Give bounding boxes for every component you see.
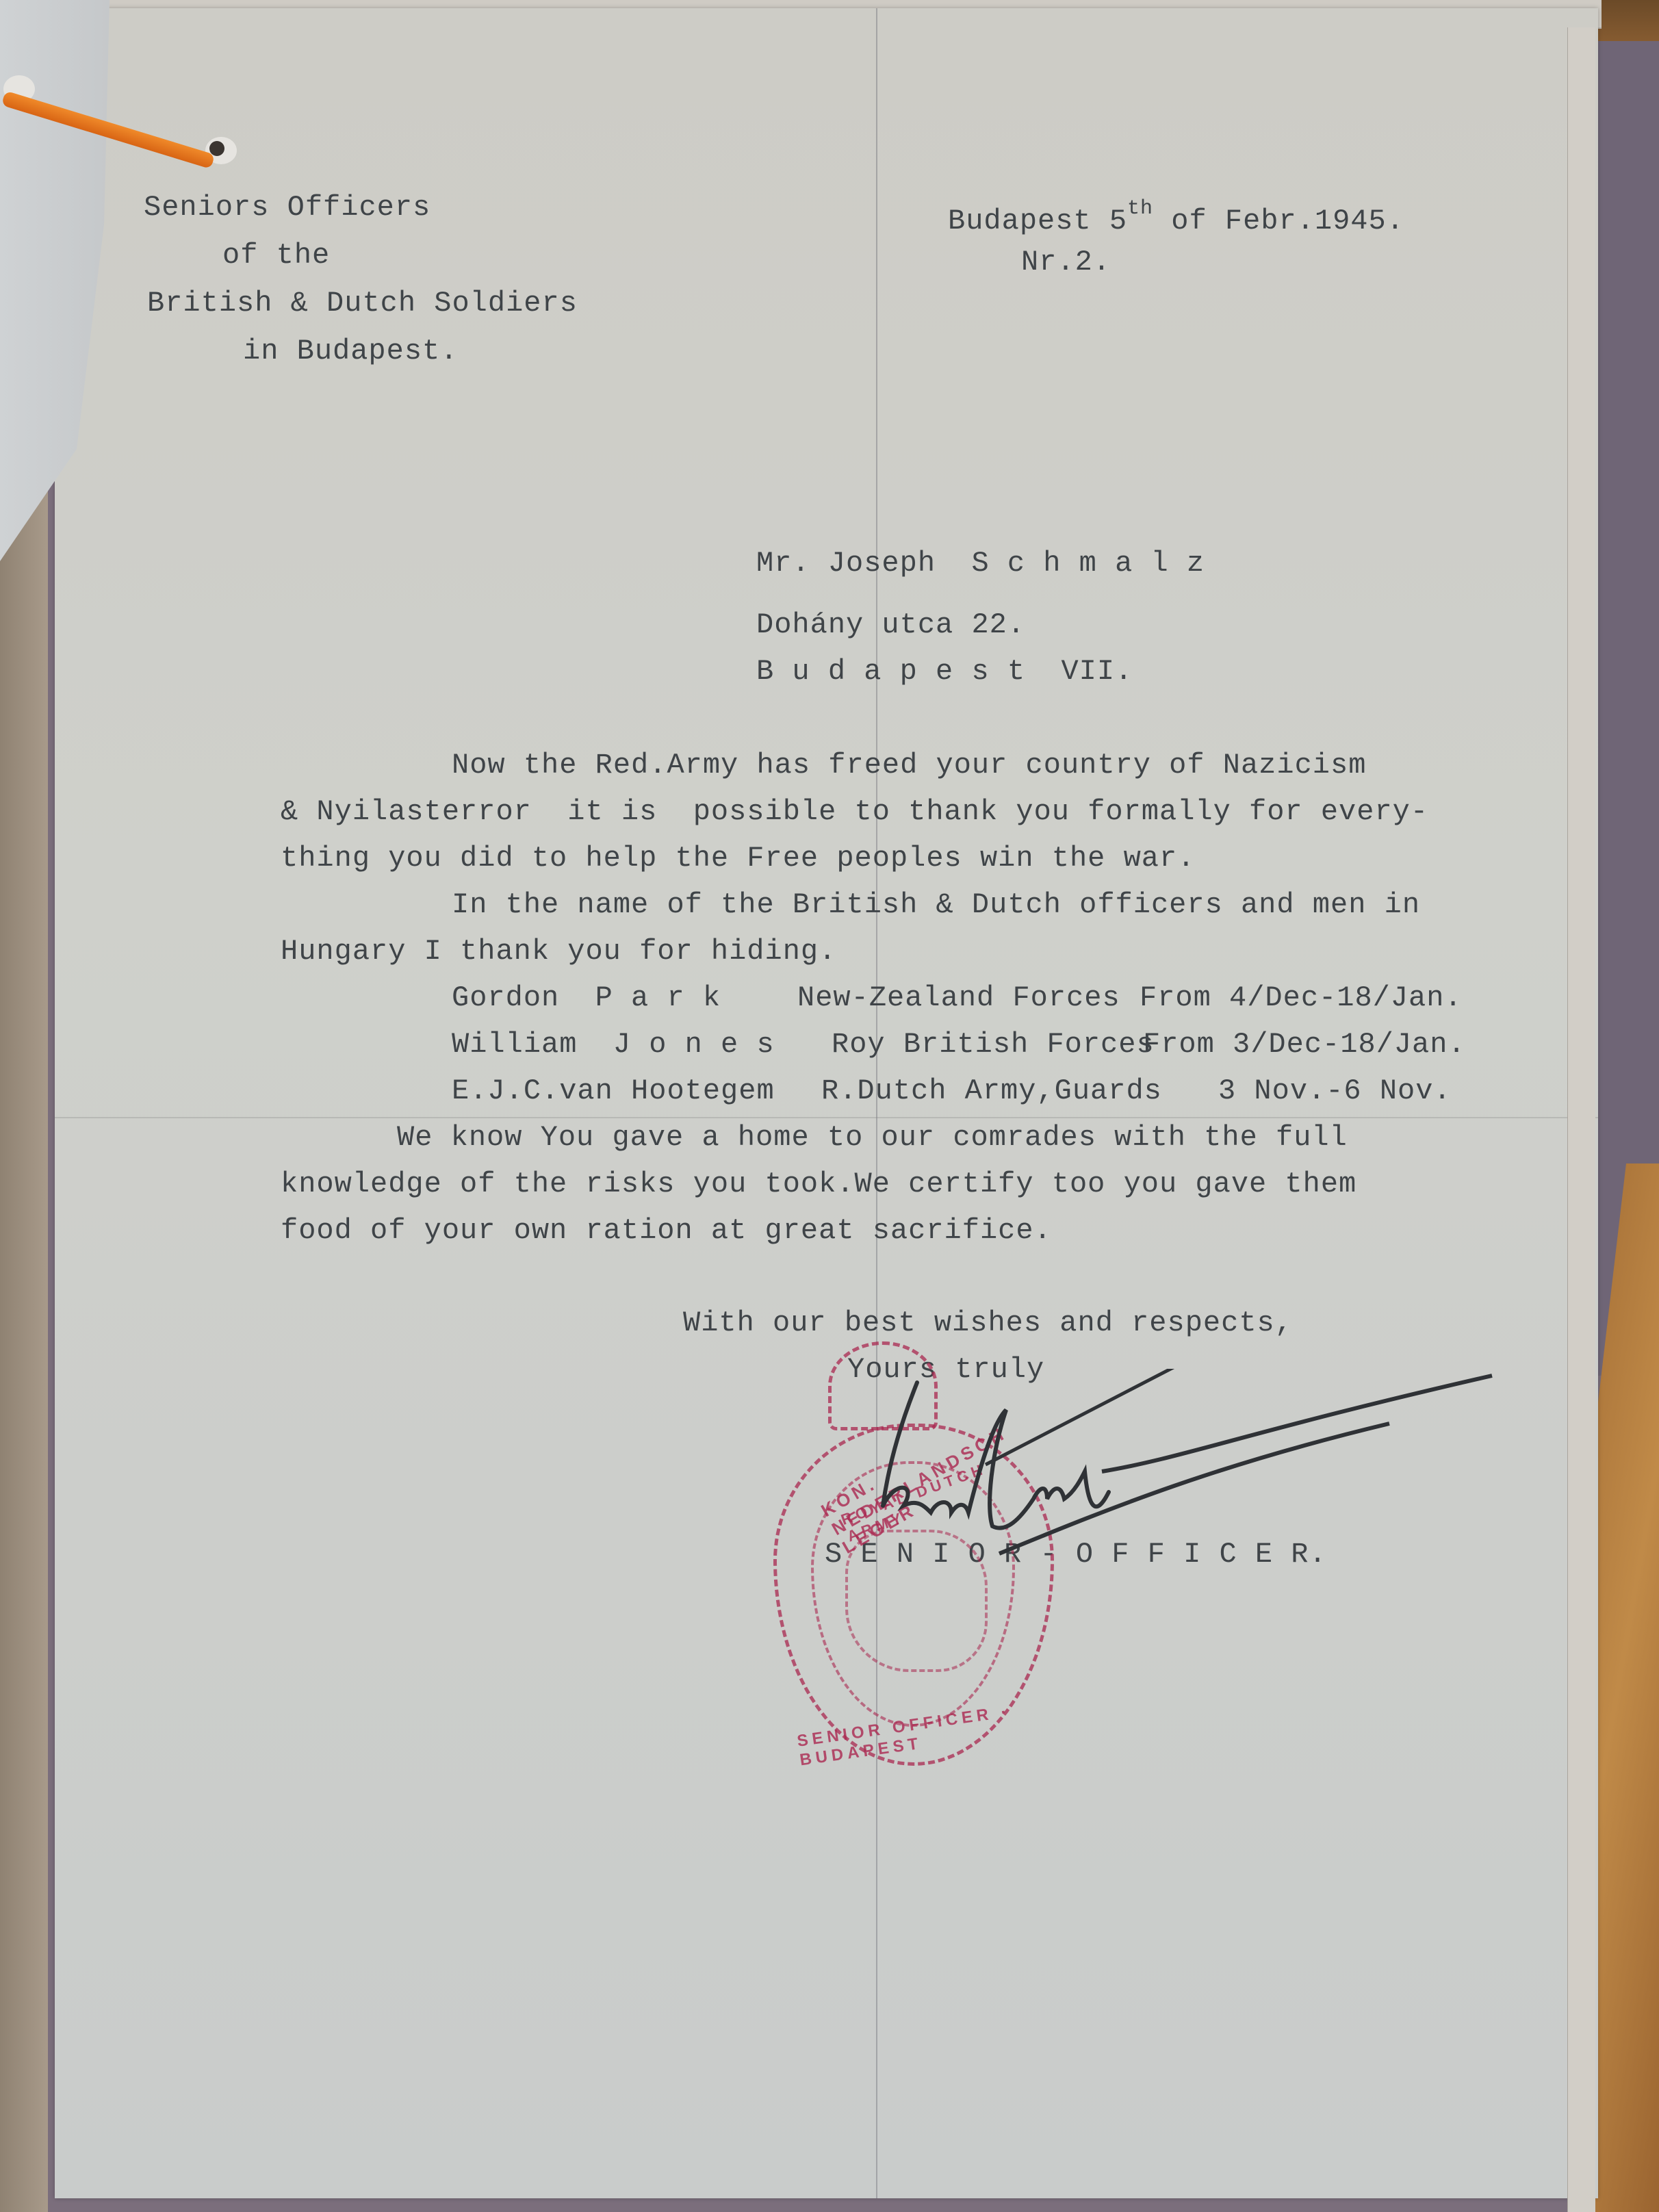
handwritten-signature <box>876 1369 1506 1595</box>
soldier-name: E.J.C.van Hootegem <box>452 1077 775 1105</box>
body-line: thing you did to help the Free peoples w… <box>281 844 1195 873</box>
underlying-sheet-right <box>1567 27 1595 2212</box>
letter-page: Seniors Officers of the British & Dutch … <box>55 8 1598 2198</box>
body-line: food of your own ration at great sacrifi… <box>281 1216 1052 1245</box>
soldier-unit: Roy British Forces <box>832 1030 1155 1059</box>
recipient-city: B u d a p e s t VII. <box>756 657 1133 686</box>
body-line: knowledge of the risks you took.We certi… <box>281 1170 1356 1198</box>
sender-line-1: Seniors Officers <box>144 193 430 222</box>
body-line: Hungary I thank you for hiding. <box>281 937 836 966</box>
body-line: Now the Red.Army has freed your country … <box>452 751 1366 780</box>
soldier-period: From 4/Dec-18/Jan. <box>1140 983 1463 1012</box>
closing-salutation: With our best wishes and respects, <box>683 1309 1293 1337</box>
soldier-unit: New-Zealand Forces <box>797 983 1120 1012</box>
recipient-name: Mr. Joseph S c h m a l z <box>756 549 1205 578</box>
recipient-street: Dohány utca 22. <box>756 610 1025 639</box>
body-line: In the name of the British & Dutch offic… <box>452 890 1420 919</box>
soldier-period: 3 Nov.-6 Nov. <box>1218 1077 1452 1105</box>
soldier-name: Gordon P a r k <box>452 983 721 1012</box>
body-line: We know You gave a home to our comrades … <box>397 1123 1348 1152</box>
soldier-unit: R.Dutch Army,Guards <box>821 1077 1162 1105</box>
sender-line-3: British & Dutch Soldiers <box>147 289 578 318</box>
sender-line-2: of the <box>222 241 330 270</box>
soldier-name: William J o n e s <box>452 1030 775 1059</box>
sender-line-4: in Budapest. <box>243 337 458 365</box>
body-line: & Nyilasterror it is possible to thank y… <box>281 797 1428 826</box>
horizontal-fold-crease <box>55 1117 1598 1118</box>
left-shadow <box>0 383 48 2212</box>
reference-number: Nr.2. <box>1021 248 1111 276</box>
soldier-period: From 3/Dec-18/Jan. <box>1143 1030 1466 1059</box>
letter-date: Budapest 5th of Febr.1945. <box>948 198 1404 235</box>
